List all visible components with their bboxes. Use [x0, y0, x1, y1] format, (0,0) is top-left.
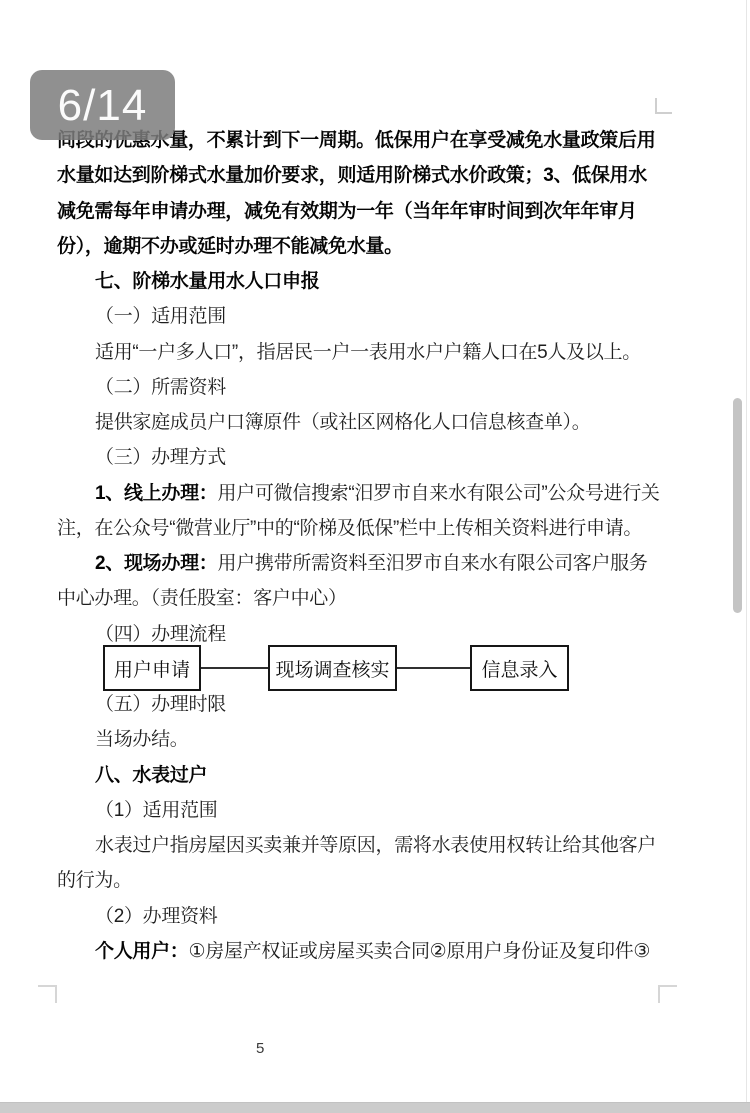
document-line: 水量如达到阶梯式水量加价要求，则适用阶梯式水价政策；3、低保用水	[57, 165, 647, 187]
document-line: 的行为。	[57, 870, 132, 892]
page-indicator-badge: 6/14	[30, 70, 175, 140]
document-line: （五）办理时限	[57, 694, 226, 716]
document-line: 份），逾期不办或延时办理不能减免水量。	[57, 236, 403, 258]
flowchart-step-label: 用户申请	[114, 655, 190, 682]
document-line: 八、水表过户	[57, 765, 207, 787]
document-line: 提供家庭成员户口簿原件（或社区网格化人口信息核查单）。	[57, 412, 590, 434]
text-boundary-mark-bottom-right	[658, 985, 677, 1003]
document-line: 当场办结。	[57, 729, 189, 751]
document-line: 2、现场办理：用户携带所需资料至汨罗市自来水有限公司客户服务	[57, 553, 648, 575]
document-line: 1、线上办理：用户可微信搜索“汨罗市自来水有限公司”公众号进行关	[57, 483, 660, 505]
text-boundary-mark-bottom-left	[38, 985, 57, 1003]
document-page-text: 间段的优惠水量，不累计到下一周期。低保用户在享受减免水量政策后用水量如达到阶梯式…	[57, 0, 657, 1113]
document-line: 适用“一户多人口”，指居民一户一表用水户户籍人口在5人及以上。	[57, 342, 641, 364]
document-line: 水表过户指房屋因买卖兼并等原因，需将水表使用权转让给其他客户	[57, 835, 656, 857]
flowchart-step-label: 信息录入	[481, 655, 557, 682]
document-line: 中心办理。（责任股室：客户中心）	[57, 588, 347, 610]
text-boundary-mark-top-right	[655, 98, 672, 114]
document-line: 减免需每年申请办理，减免有效期为一年（当年年审时间到次年年审月	[57, 201, 637, 223]
document-line: （一）适用范围	[57, 306, 226, 328]
document-line: 注，在公众号“微营业厅”中的“阶梯及低保”栏中上传相关资料进行申请。	[57, 518, 642, 540]
flowchart-step-label: 现场调查核实	[275, 655, 389, 682]
process-flowchart: 用户申请 现场调查核实 信息录入	[57, 645, 657, 691]
document-line: （四）办理流程	[57, 624, 226, 646]
page-indicator-text: 6/14	[58, 81, 148, 131]
footer-page-number: 5	[256, 1040, 264, 1057]
flowchart-connector	[397, 667, 470, 669]
document-line: （2）办理资料	[57, 906, 217, 928]
flowchart-step-site-verify: 现场调查核实	[268, 645, 397, 691]
document-line: 个人用户：①房屋产权证或房屋买卖合同②原用户身份证及复印件③	[57, 941, 650, 963]
document-line: 七、阶梯水量用水人口申报	[57, 271, 319, 293]
flowchart-step-info-entry: 信息录入	[470, 645, 569, 691]
bottom-bar	[0, 1102, 750, 1113]
flowchart-connector	[201, 667, 268, 669]
document-line: （三）办理方式	[57, 447, 226, 469]
document-line: （1）适用范围	[57, 800, 217, 822]
scrollbar-track	[746, 0, 747, 1102]
document-viewer-screen: 间段的优惠水量，不累计到下一周期。低保用户在享受减免水量政策后用水量如达到阶梯式…	[0, 0, 750, 1113]
document-line: （二）所需资料	[57, 377, 226, 399]
scrollbar-thumb[interactable]	[733, 398, 742, 613]
flowchart-step-user-apply: 用户申请	[103, 645, 201, 691]
